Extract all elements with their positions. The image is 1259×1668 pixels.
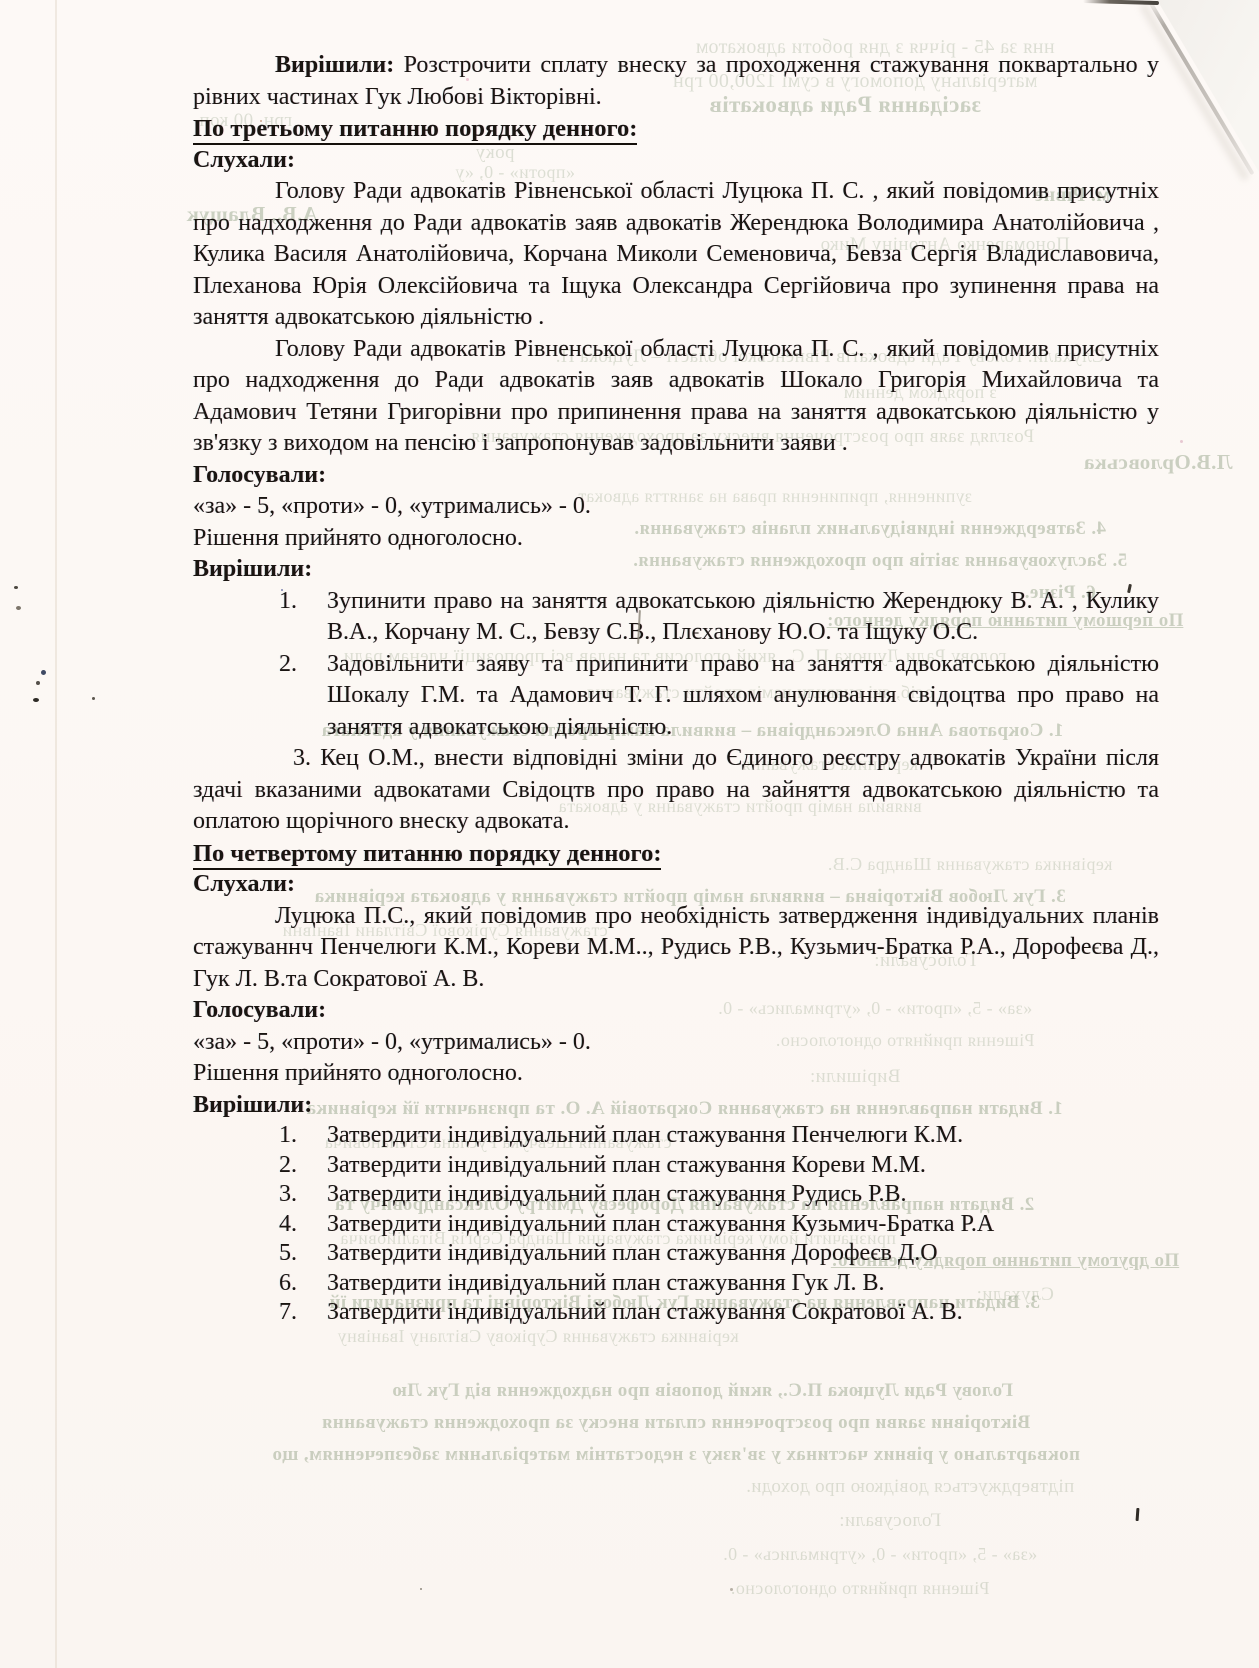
paragraph-q4-1: Луцюка П.С., який повідомив про необхідн… [193,901,1159,996]
list-item: Затвердити індивідуальний план стажуванн… [275,1239,1159,1269]
list-item: Затвердити індивідуальний план стажуванн… [275,1298,1159,1328]
page-edge-shadow [1083,0,1159,5]
bleedthrough-text: підтверджується довідкою про доходи. [690,1476,1130,1498]
scan-speck [33,698,39,702]
heading-agenda-item-4: По четвертому питанню порядку денного: [193,838,1159,870]
scan-speck [466,78,469,81]
scan-speck [36,681,40,685]
bleedthrough-text: поквартально у рівних частинах у зв'язку… [195,1444,1157,1466]
bleedthrough-text: «за» - 5, «проти» - 0, «утримались» - 0. [690,1544,1070,1565]
list-item: Затвердити індивідуальний план стажуванн… [275,1180,1159,1210]
list-item: Затвердити індивідуальний план стажуванн… [275,1121,1159,1151]
bleedthrough-text: Голову Ради Луцюка П.С., який доповів пр… [245,1380,1160,1402]
bleedthrough-text: керівника стажування Сурікову Світлану І… [258,1326,818,1347]
scan-speck [260,120,262,122]
bleedthrough-text: Вікторівни заяви про розстрочення сплати… [195,1412,1157,1434]
list-item: Затвердити індивідуальний план стажуванн… [275,1269,1159,1299]
heard-label-q3: Слухали: [193,145,1159,177]
decision-note-q4: Рішення прийнято одноголосно. [193,1058,1159,1090]
list-item: Задовільнити заяву та припинити право на… [275,649,1159,744]
decision-note-q3: Рішення прийнято одноголосно. [193,523,1159,555]
resolved-label-q4: Вирішили: [193,1090,1159,1122]
voted-label-q4: Голосували: [193,995,1159,1027]
resolution-list-q4: Затвердити індивідуальний план стажуванн… [275,1121,1159,1328]
scanned-protocol-page: { "colors": { "paper": "#fcf8f4", "ink":… [0,0,1259,1668]
resolution-intro-paragraph: Вирішили: Розстрочити сплату внеску за п… [193,50,1159,113]
scan-mark [1136,1508,1140,1521]
heading-agenda-item-3: По третьому питанню порядку денного: [193,113,1159,145]
voted-label-q3: Голосували: [193,460,1159,492]
scan-speck [16,606,21,610]
list-item: Зупинити право на заняття адвокатською д… [275,586,1159,649]
resolved-label: Вирішили: [275,52,394,78]
scan-speck [41,670,46,675]
resolution-list-q3: Зупинити право на заняття адвокатською д… [275,586,1159,744]
list-item: Затвердити індивідуальний план стажуванн… [275,1210,1159,1240]
resolved-label-q3: Вирішили: [193,554,1159,586]
vote-result-q3: «за» - 5, «проти» - 0, «утримались» - 0. [193,491,1159,523]
bleedthrough-text: Рішення прийнято одноголосно. [690,1578,1030,1599]
scan-speck [1180,440,1183,443]
paragraph-q3-1: Голову Ради адвокатів Рівненської област… [193,176,1159,334]
scan-speck [730,1588,733,1591]
resolution-item-3-q3: 3. Кец О.М., внести відповідні зміни до … [193,743,1159,838]
page-corner-fold [1156,0,1259,172]
scan-speck [281,589,283,591]
scan-speck [420,1588,422,1590]
vote-result-q4: «за» - 5, «проти» - 0, «утримались» - 0. [193,1027,1159,1059]
paragraph-q3-2: Голову Ради адвокатів Рівненської област… [193,334,1159,460]
bleedthrough-text: Голосували: [810,1510,970,1532]
list-item: Затвердити індивідуальний план стажуванн… [275,1151,1159,1181]
main-text: Вирішили: Розстрочити сплату внеску за п… [193,50,1159,1328]
scan-speck [14,586,18,589]
heard-label-q4: Слухали: [193,869,1159,901]
paper-edge-streak [55,0,57,1668]
scan-speck [92,697,95,700]
